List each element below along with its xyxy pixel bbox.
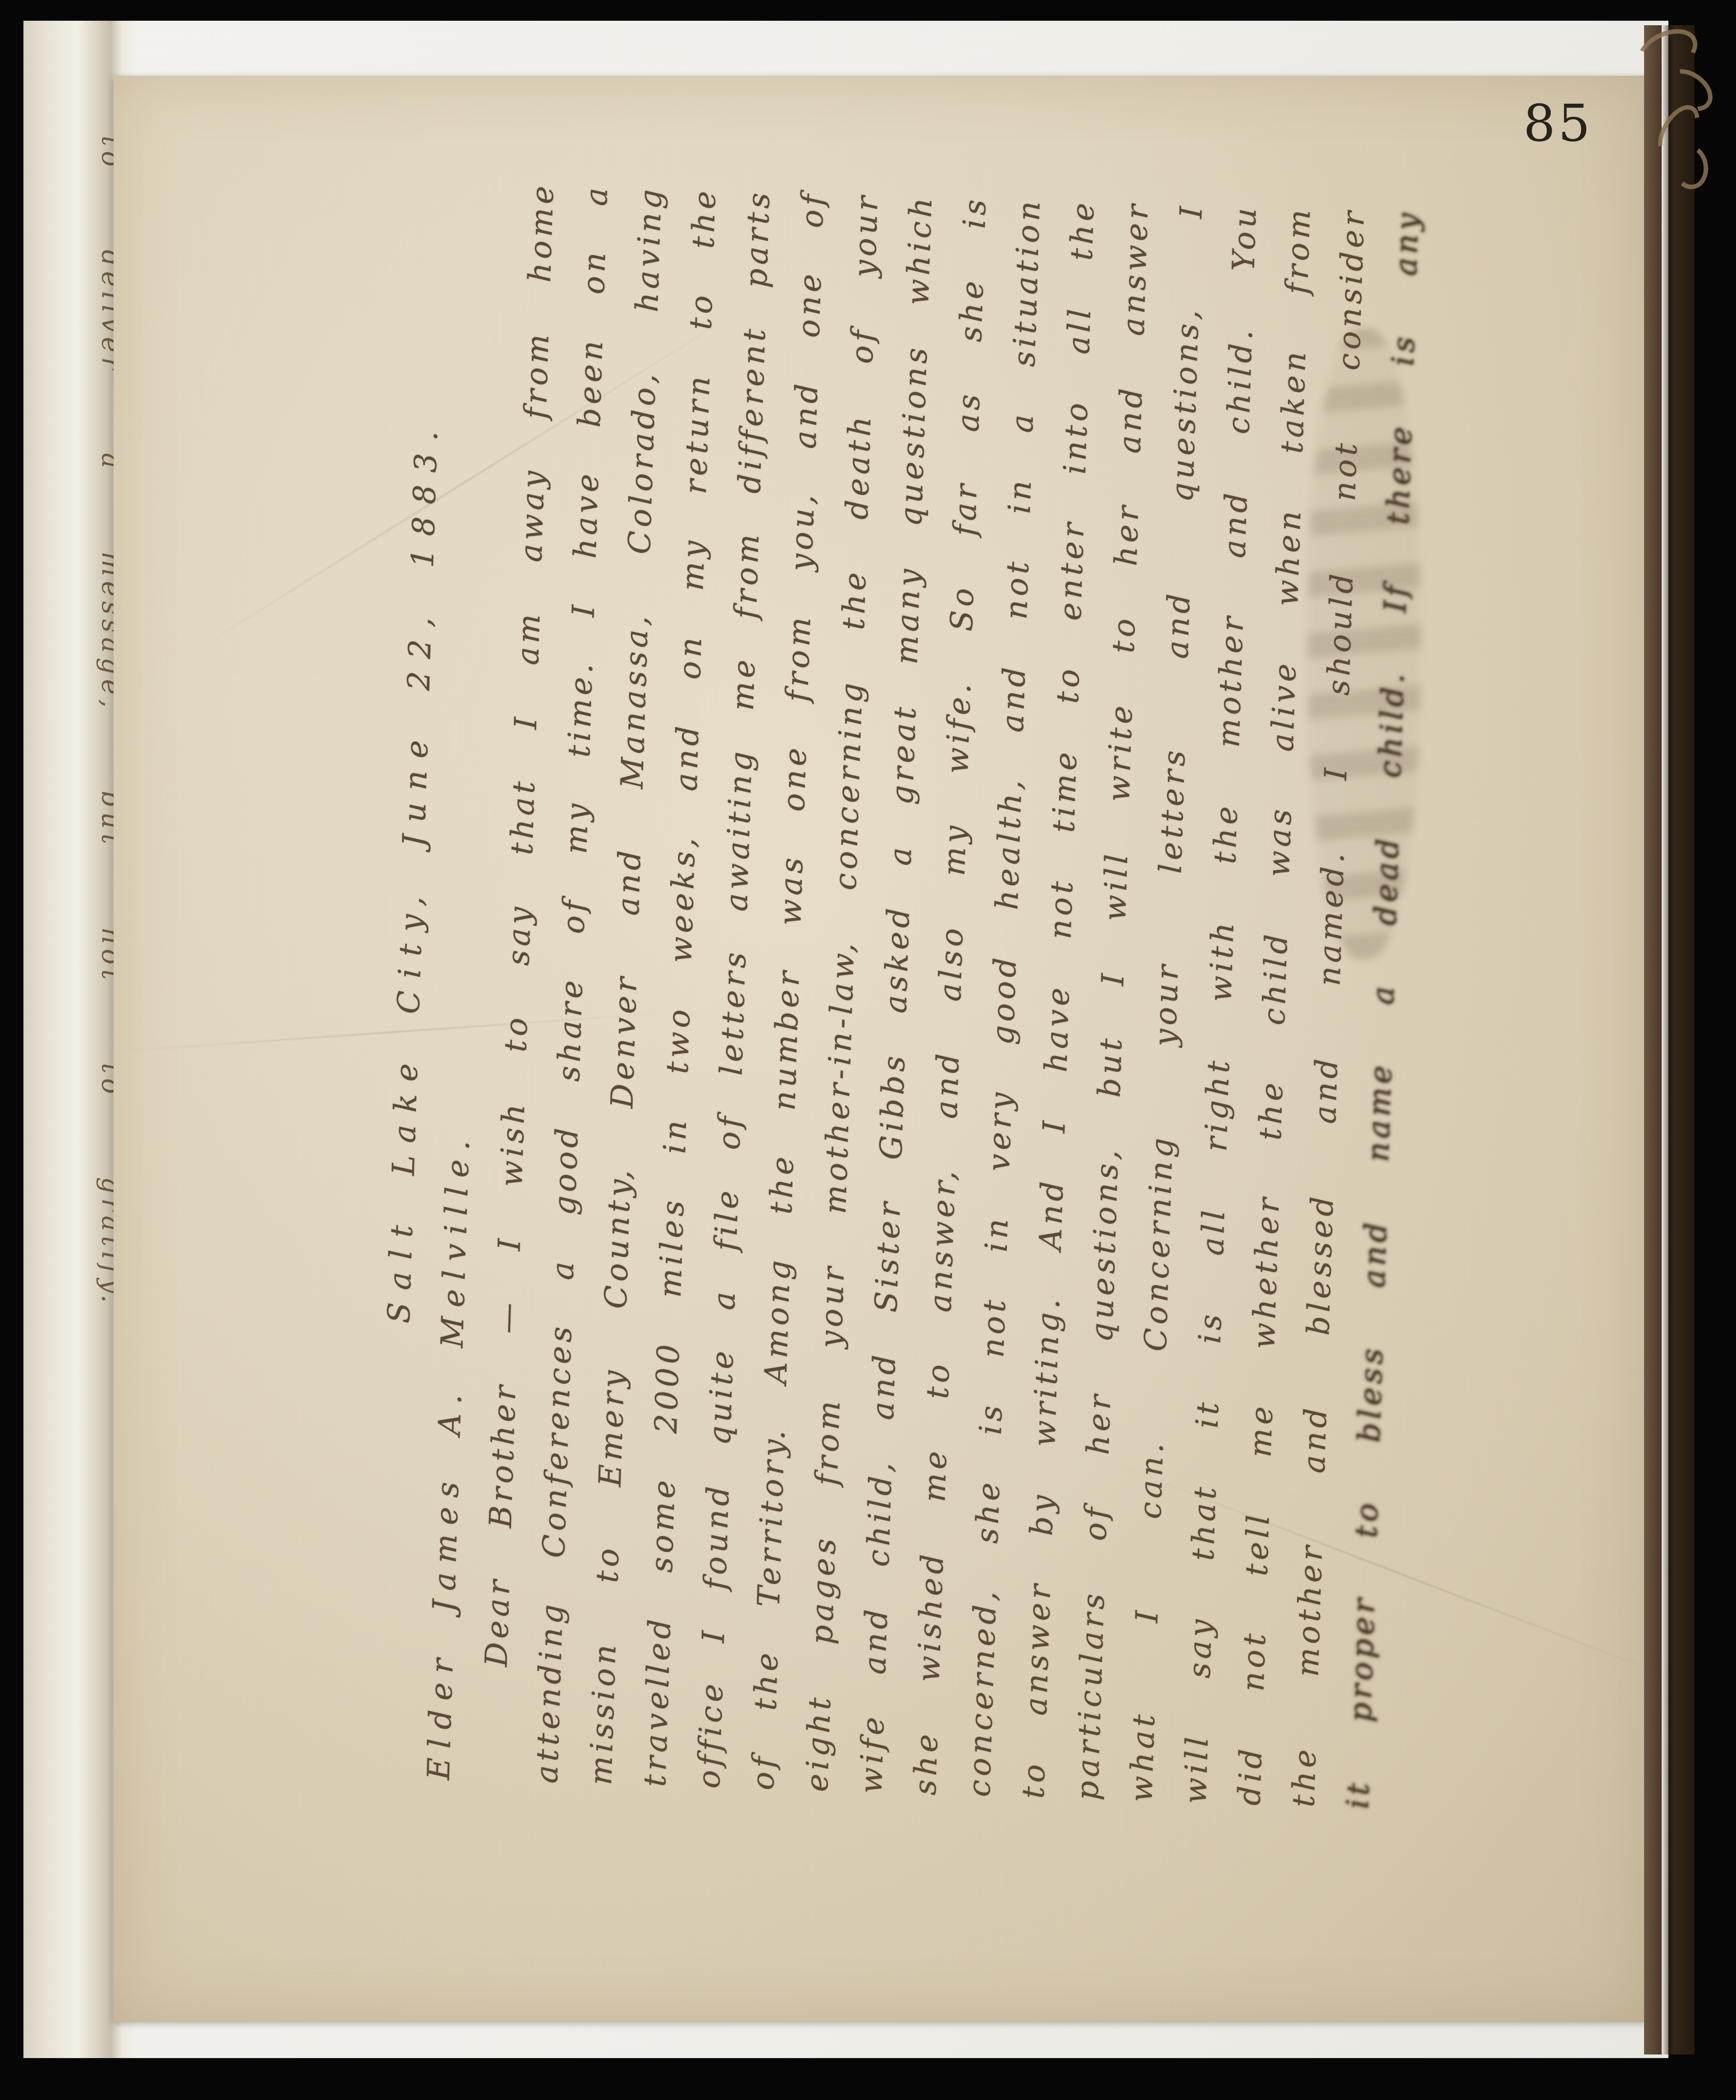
- letter-page: 85 Salt Lake City, June 22, 1883. Elder …: [114, 76, 1646, 2022]
- letter-text-block: Salt Lake City, June 22, 1883. Elder Jam…: [358, 165, 1435, 1810]
- page-number: 85: [1523, 98, 1593, 149]
- book-binding-edge: [1644, 25, 1695, 2054]
